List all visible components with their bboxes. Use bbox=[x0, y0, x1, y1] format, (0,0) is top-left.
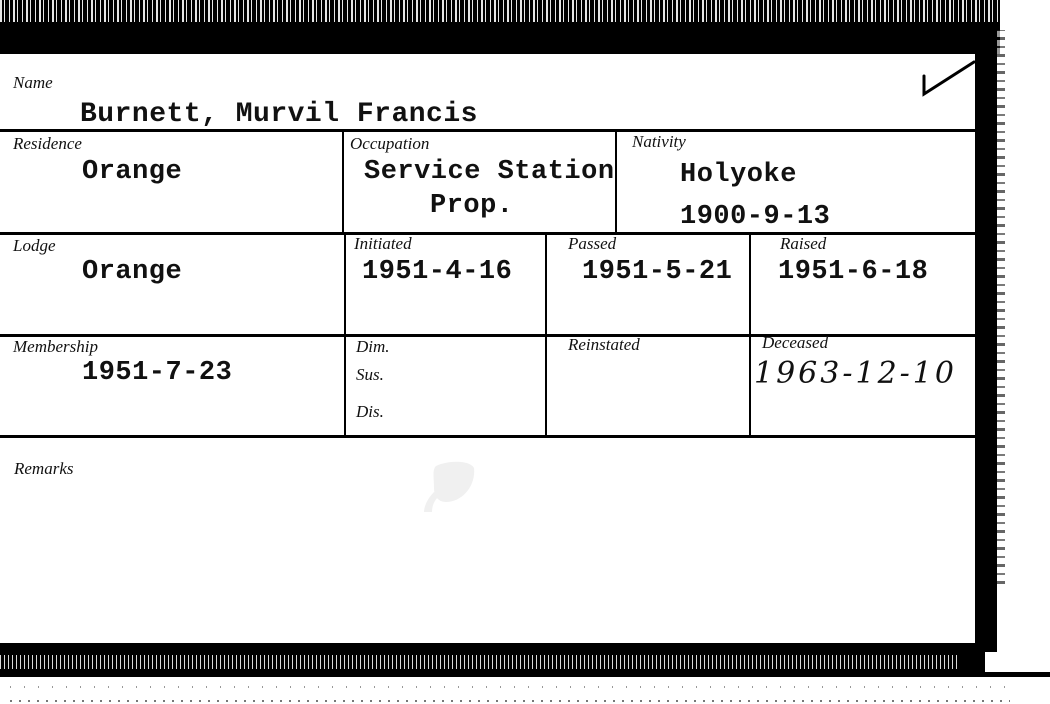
row-divider-residence bbox=[0, 232, 975, 235]
residence-value: Orange bbox=[82, 157, 182, 187]
leaf-watermark-icon bbox=[418, 458, 478, 514]
membership-label: Membership bbox=[13, 337, 98, 357]
row-divider-lodge bbox=[0, 334, 975, 337]
residence-label: Residence bbox=[13, 134, 82, 154]
scan-border-top-fringe bbox=[0, 0, 1000, 22]
membership-card bbox=[0, 54, 975, 643]
dis-label: Dis. bbox=[356, 402, 384, 422]
scan-bottom-line bbox=[0, 672, 1050, 677]
lodge-value: Orange bbox=[82, 257, 182, 287]
remarks-label: Remarks bbox=[14, 459, 73, 479]
col-divider-occupation bbox=[342, 131, 344, 232]
name-value: Burnett, Murvil Francis bbox=[80, 99, 478, 130]
check-icon bbox=[920, 58, 976, 98]
col-divider-raised bbox=[749, 235, 751, 435]
sus-label: Sus. bbox=[356, 365, 384, 385]
passed-value: 1951-5-21 bbox=[582, 257, 732, 287]
occupation-value-line1: Service Station bbox=[364, 157, 615, 187]
initiated-value: 1951-4-16 bbox=[362, 257, 512, 287]
col-divider-nativity bbox=[615, 131, 617, 232]
col-divider-initiated bbox=[344, 235, 346, 435]
lodge-label: Lodge bbox=[13, 236, 56, 256]
deceased-label: Deceased bbox=[762, 333, 828, 353]
membership-value: 1951-7-23 bbox=[82, 358, 232, 388]
scan-noise bbox=[10, 686, 1010, 688]
row-divider-membership bbox=[0, 435, 975, 438]
dim-label: Dim. bbox=[356, 337, 390, 357]
scan-border-right bbox=[975, 30, 997, 652]
passed-label: Passed bbox=[568, 234, 616, 254]
name-label: Name bbox=[13, 73, 53, 93]
deceased-value-handwritten: 1963-12-10 bbox=[754, 356, 957, 391]
scan-noise bbox=[10, 700, 1010, 702]
nativity-date: 1900-9-13 bbox=[680, 202, 830, 232]
scan-border-bottom-fringe bbox=[0, 655, 960, 669]
occupation-label: Occupation bbox=[350, 134, 429, 154]
nativity-place: Holyoke bbox=[680, 160, 797, 190]
col-divider-passed bbox=[545, 235, 547, 435]
raised-label: Raised bbox=[780, 234, 826, 254]
raised-value: 1951-6-18 bbox=[778, 257, 928, 287]
initiated-label: Initiated bbox=[354, 234, 412, 254]
occupation-value-line2: Prop. bbox=[430, 191, 514, 221]
reinstated-label: Reinstated bbox=[568, 335, 640, 355]
scan-border-right-fringe bbox=[997, 30, 1005, 590]
nativity-label: Nativity bbox=[632, 132, 686, 152]
